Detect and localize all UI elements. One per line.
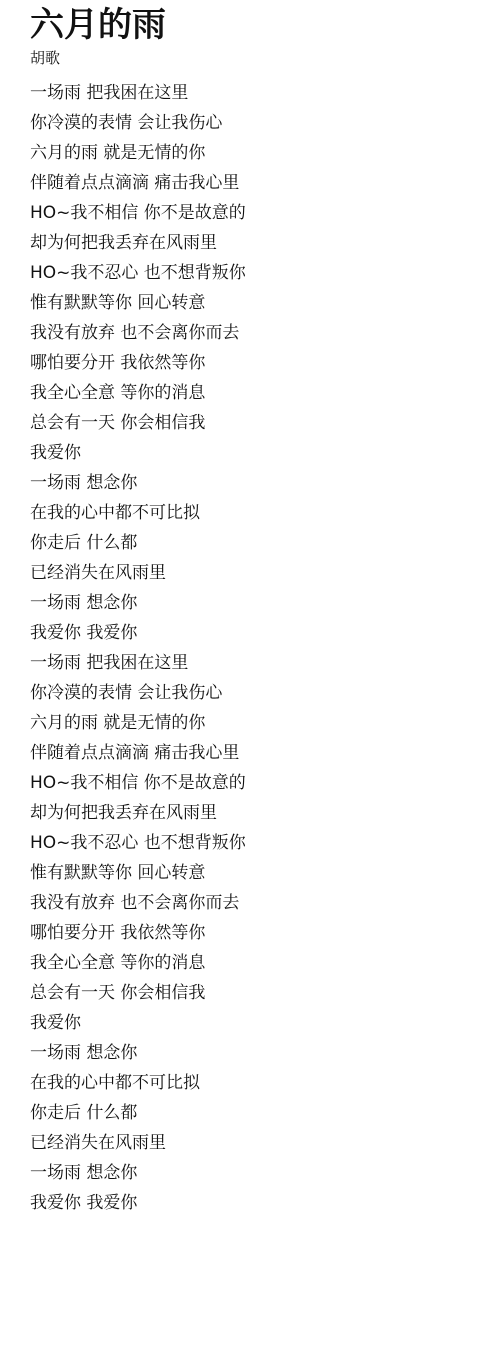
lyric-line: 一场雨 想念你 bbox=[30, 468, 476, 498]
lyric-line: 一场雨 把我困在这里 bbox=[30, 78, 476, 108]
lyric-line: 伴随着点点滴滴 痛击我心里 bbox=[30, 738, 476, 768]
lyric-line: 一场雨 想念你 bbox=[30, 1158, 476, 1188]
lyrics-page: 六月的雨 胡歌 一场雨 把我困在这里你冷漠的表情 会让我伤心六月的雨 就是无情的… bbox=[0, 0, 500, 1360]
lyric-line: 惟有默默等你 回心转意 bbox=[30, 288, 476, 318]
lyric-line: 我爱你 bbox=[30, 1008, 476, 1038]
lyric-line: HO~我不相信 你不是故意的 bbox=[30, 768, 476, 798]
lyric-line: 哪怕要分开 我依然等你 bbox=[30, 918, 476, 948]
song-title: 六月的雨 bbox=[30, 5, 476, 45]
lyric-line: 一场雨 把我困在这里 bbox=[30, 648, 476, 678]
lyrics-body: 一场雨 把我困在这里你冷漠的表情 会让我伤心六月的雨 就是无情的你伴随着点点滴滴… bbox=[30, 78, 476, 1218]
lyric-line: HO~我不忍心 也不想背叛你 bbox=[30, 828, 476, 858]
lyric-line: 我全心全意 等你的消息 bbox=[30, 948, 476, 978]
lyric-line: 哪怕要分开 我依然等你 bbox=[30, 348, 476, 378]
lyric-line: 你走后 什么都 bbox=[30, 1098, 476, 1128]
lyric-line: 六月的雨 就是无情的你 bbox=[30, 708, 476, 738]
lyric-line: 总会有一天 你会相信我 bbox=[30, 978, 476, 1008]
lyric-line: 在我的心中都不可比拟 bbox=[30, 1068, 476, 1098]
lyric-line: 一场雨 想念你 bbox=[30, 588, 476, 618]
lyric-line: 却为何把我丢弃在风雨里 bbox=[30, 798, 476, 828]
lyric-line: 在我的心中都不可比拟 bbox=[30, 498, 476, 528]
lyric-line: 你冷漠的表情 会让我伤心 bbox=[30, 678, 476, 708]
lyric-line: 已经消失在风雨里 bbox=[30, 1128, 476, 1158]
lyric-line: 却为何把我丢弃在风雨里 bbox=[30, 228, 476, 258]
lyric-line: 惟有默默等你 回心转意 bbox=[30, 858, 476, 888]
lyric-line: 六月的雨 就是无情的你 bbox=[30, 138, 476, 168]
lyric-line: 伴随着点点滴滴 痛击我心里 bbox=[30, 168, 476, 198]
lyric-line: 我没有放弃 也不会离你而去 bbox=[30, 318, 476, 348]
lyric-line: 总会有一天 你会相信我 bbox=[30, 408, 476, 438]
lyric-line: 一场雨 想念你 bbox=[30, 1038, 476, 1068]
lyric-line: 你走后 什么都 bbox=[30, 528, 476, 558]
lyric-line: HO~我不相信 你不是故意的 bbox=[30, 198, 476, 228]
artist-name: 胡歌 bbox=[30, 48, 476, 68]
lyric-line: 我全心全意 等你的消息 bbox=[30, 378, 476, 408]
lyric-line: 我爱你 我爱你 bbox=[30, 1188, 476, 1218]
lyric-line: 已经消失在风雨里 bbox=[30, 558, 476, 588]
lyric-line: HO~我不忍心 也不想背叛你 bbox=[30, 258, 476, 288]
lyric-line: 你冷漠的表情 会让我伤心 bbox=[30, 108, 476, 138]
lyric-line: 我爱你 我爱你 bbox=[30, 618, 476, 648]
lyric-line: 我爱你 bbox=[30, 438, 476, 468]
lyric-line: 我没有放弃 也不会离你而去 bbox=[30, 888, 476, 918]
